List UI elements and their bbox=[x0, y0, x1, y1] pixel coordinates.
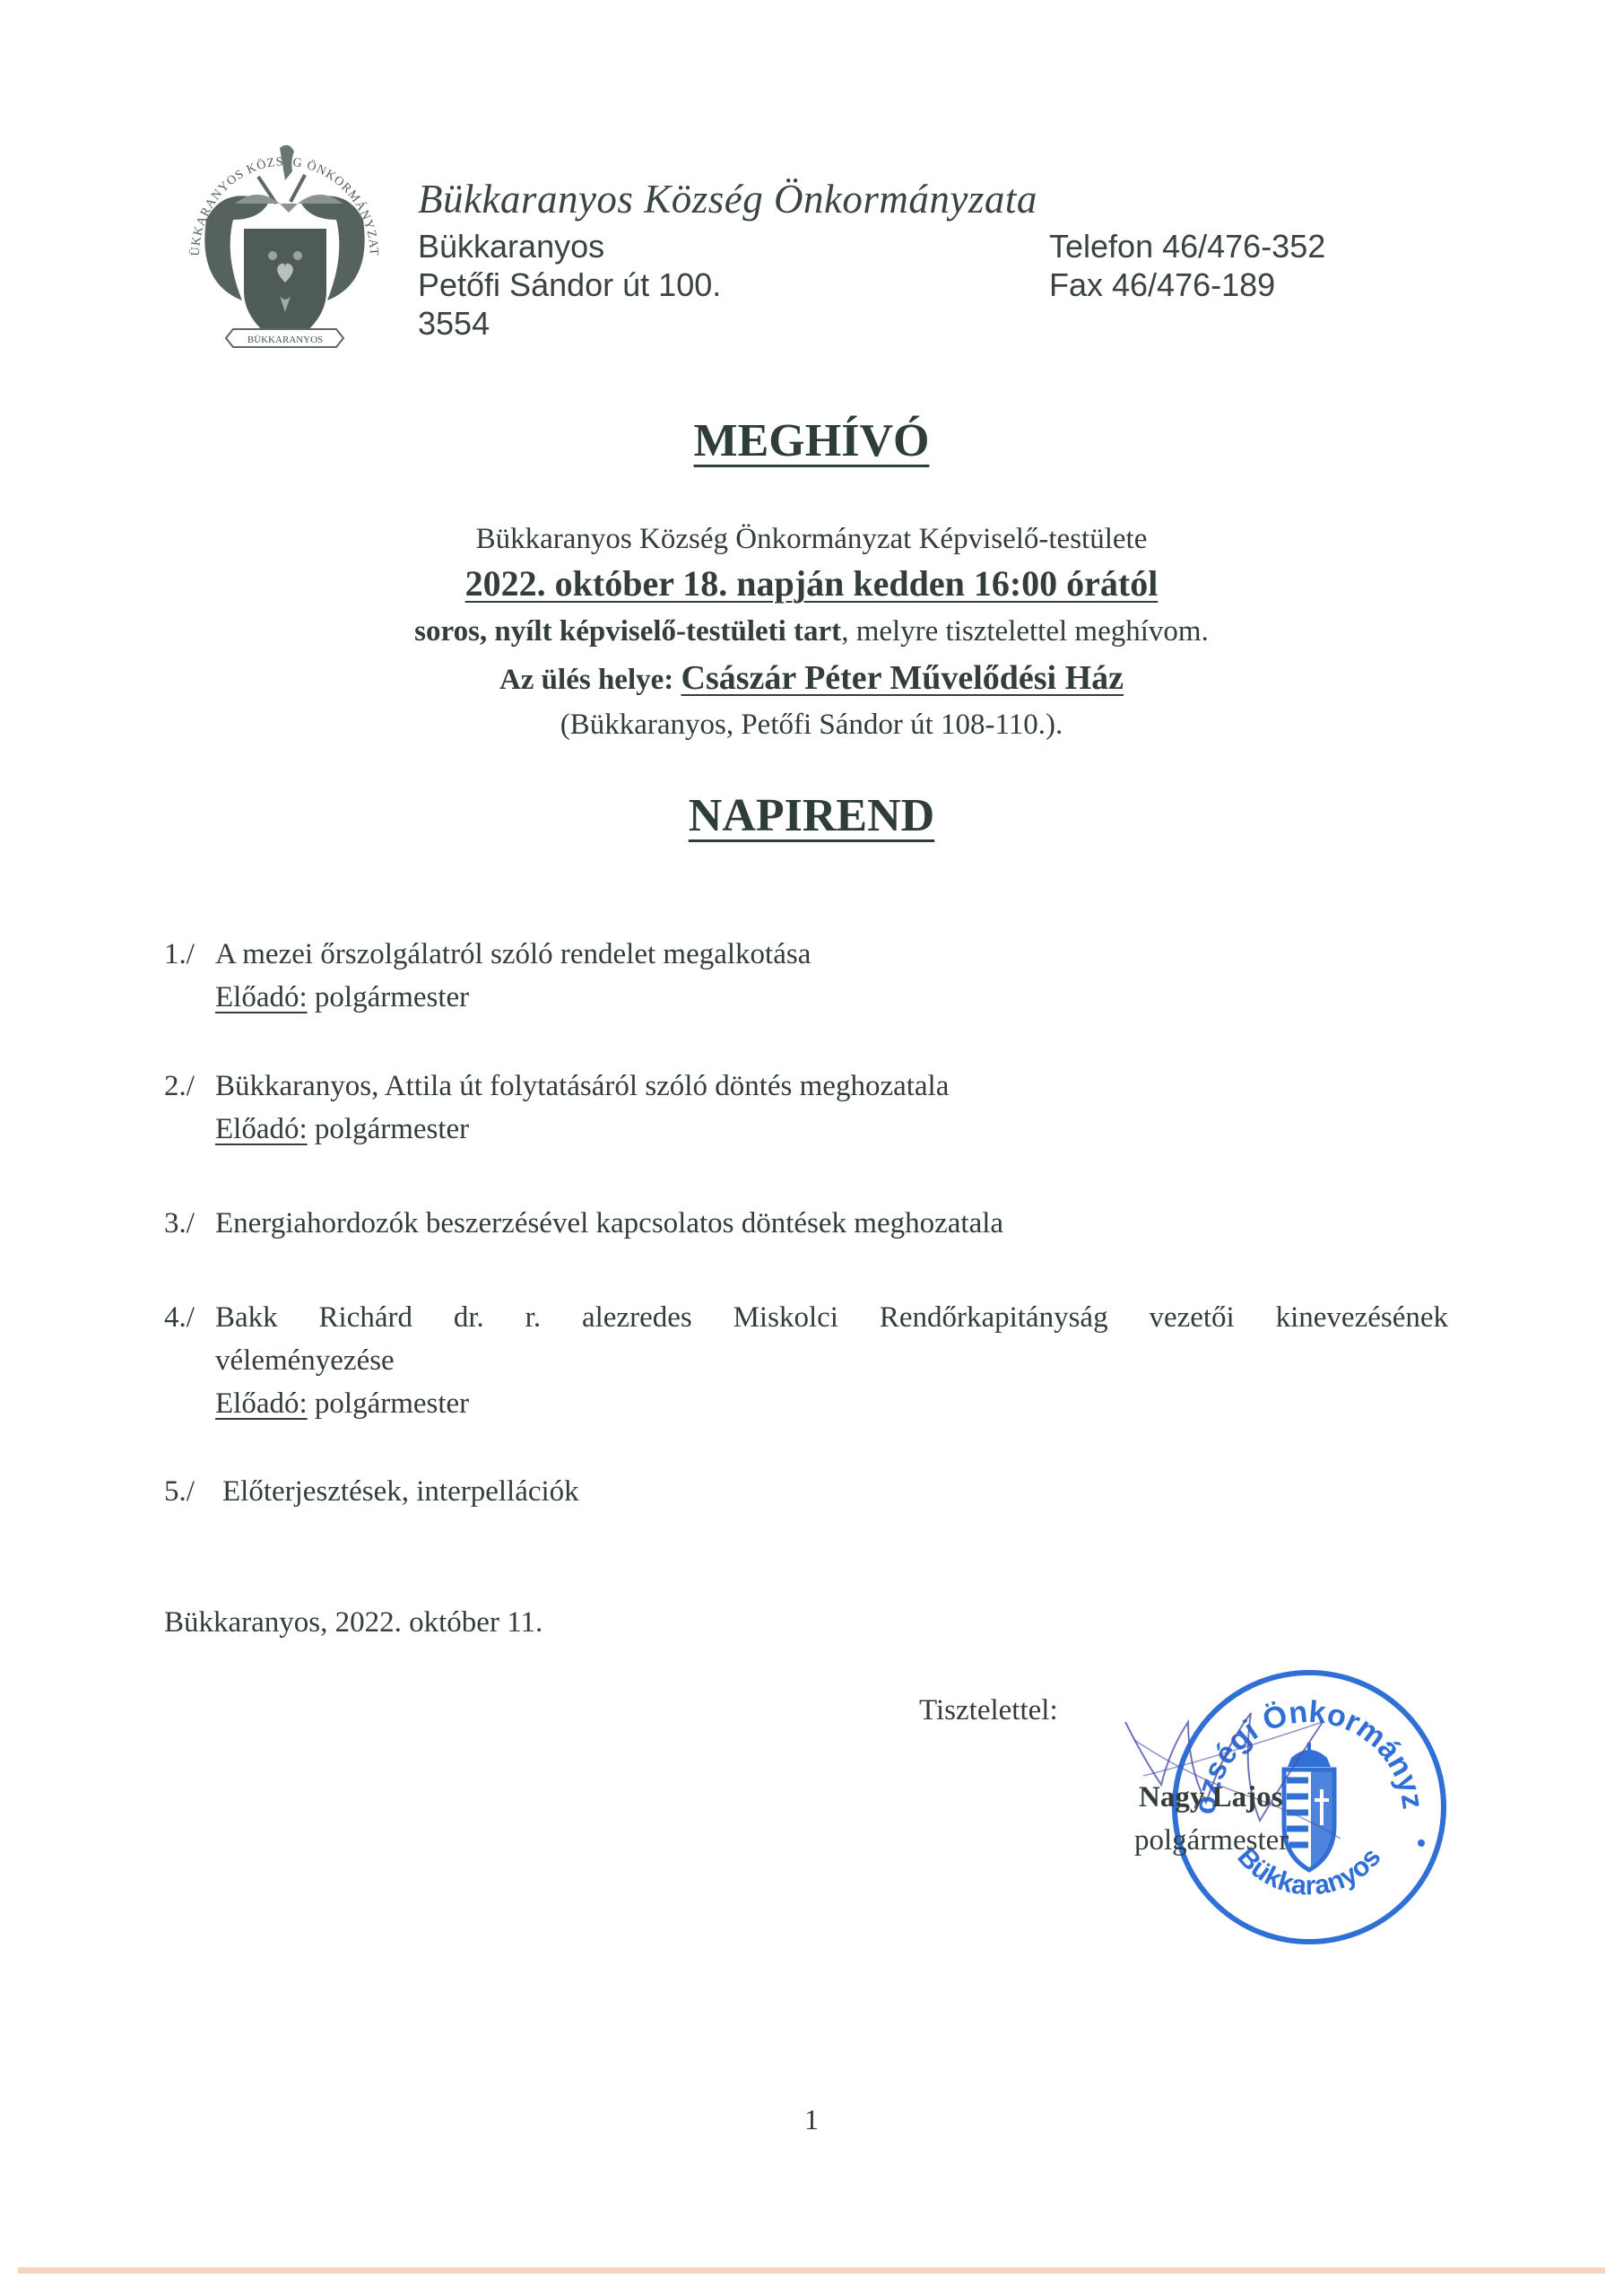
agenda-item-text: Előterjesztések, interpellációk bbox=[222, 1475, 579, 1509]
agenda-item-number: 3./ bbox=[164, 1207, 195, 1240]
agenda-item-text: Bakk Richárd dr. r. alezredes Miskolci R… bbox=[215, 1301, 1448, 1335]
agenda-item-number: 1./ bbox=[164, 938, 195, 971]
agenda-item-number: 2./ bbox=[164, 1070, 195, 1103]
agenda-item-presenter: Előadó: polgármester bbox=[215, 1113, 469, 1146]
address-city: Bükkaranyos bbox=[418, 228, 604, 265]
agenda-item-presenter: Előadó: polgármester bbox=[215, 981, 469, 1014]
salutation: Tisztelettel: bbox=[919, 1694, 1058, 1727]
invitation-title: MEGHÍVÓ bbox=[0, 414, 1623, 467]
agenda-item-text: A mezei őrszolgálatról szóló rendelet me… bbox=[215, 938, 811, 971]
agenda-item-number: 5./ bbox=[164, 1475, 195, 1509]
address-street: Petőfi Sándor út 100. bbox=[418, 266, 721, 304]
address-zip: 3554 bbox=[418, 305, 490, 343]
place-and-date: Bükkaranyos, 2022. október 11. bbox=[164, 1606, 542, 1639]
meeting-type-line: soros, nyílt képviselő-testületi tart, m… bbox=[0, 615, 1623, 648]
phone-number: Telefon 46/476-352 bbox=[1049, 228, 1325, 265]
agenda-title: NAPIREND bbox=[0, 789, 1623, 842]
meeting-datetime: 2022. október 18. napján kedden 16:00 ór… bbox=[0, 562, 1623, 604]
invitation-body-line: Bükkaranyos Község Önkormányzat Képvisel… bbox=[0, 523, 1623, 556]
page-number: 1 bbox=[0, 2103, 1623, 2136]
agenda-item-presenter: Előadó: polgármester bbox=[215, 1387, 469, 1421]
venue-address: (Bükkaranyos, Petőfi Sándor út 108-110.)… bbox=[0, 709, 1623, 742]
agenda-item-text: Energiahordozók beszerzésével kapcsolato… bbox=[215, 1207, 1003, 1240]
signer-name: Nagy Lajos bbox=[1139, 1781, 1282, 1814]
agenda-item-text-continued: véleményezése bbox=[215, 1344, 395, 1378]
fax-number: Fax 46/476-189 bbox=[1049, 266, 1275, 304]
logo-ribbon-text: BÜKKARANYOS bbox=[247, 335, 323, 345]
municipal-coat-of-arms-logo: BÜKKARANYOS KÖZSÉG ÖNKORMÁNYZATA BÜKKARA… bbox=[179, 121, 390, 359]
page-bottom-rule bbox=[18, 2267, 1605, 2274]
agenda-item-text: Bükkaranyos, Attila út folytatásáról szó… bbox=[215, 1070, 949, 1103]
venue-name: Császár Péter Művelődési Ház bbox=[681, 659, 1124, 697]
agenda-item-number: 4./ bbox=[164, 1301, 195, 1335]
meeting-venue: Az ülés helye: Császár Péter Művelődési … bbox=[0, 658, 1623, 698]
signer-title: polgármester bbox=[1134, 1824, 1289, 1857]
letterhead-title: Bükkaranyos Község Önkormányzata bbox=[418, 176, 1037, 222]
